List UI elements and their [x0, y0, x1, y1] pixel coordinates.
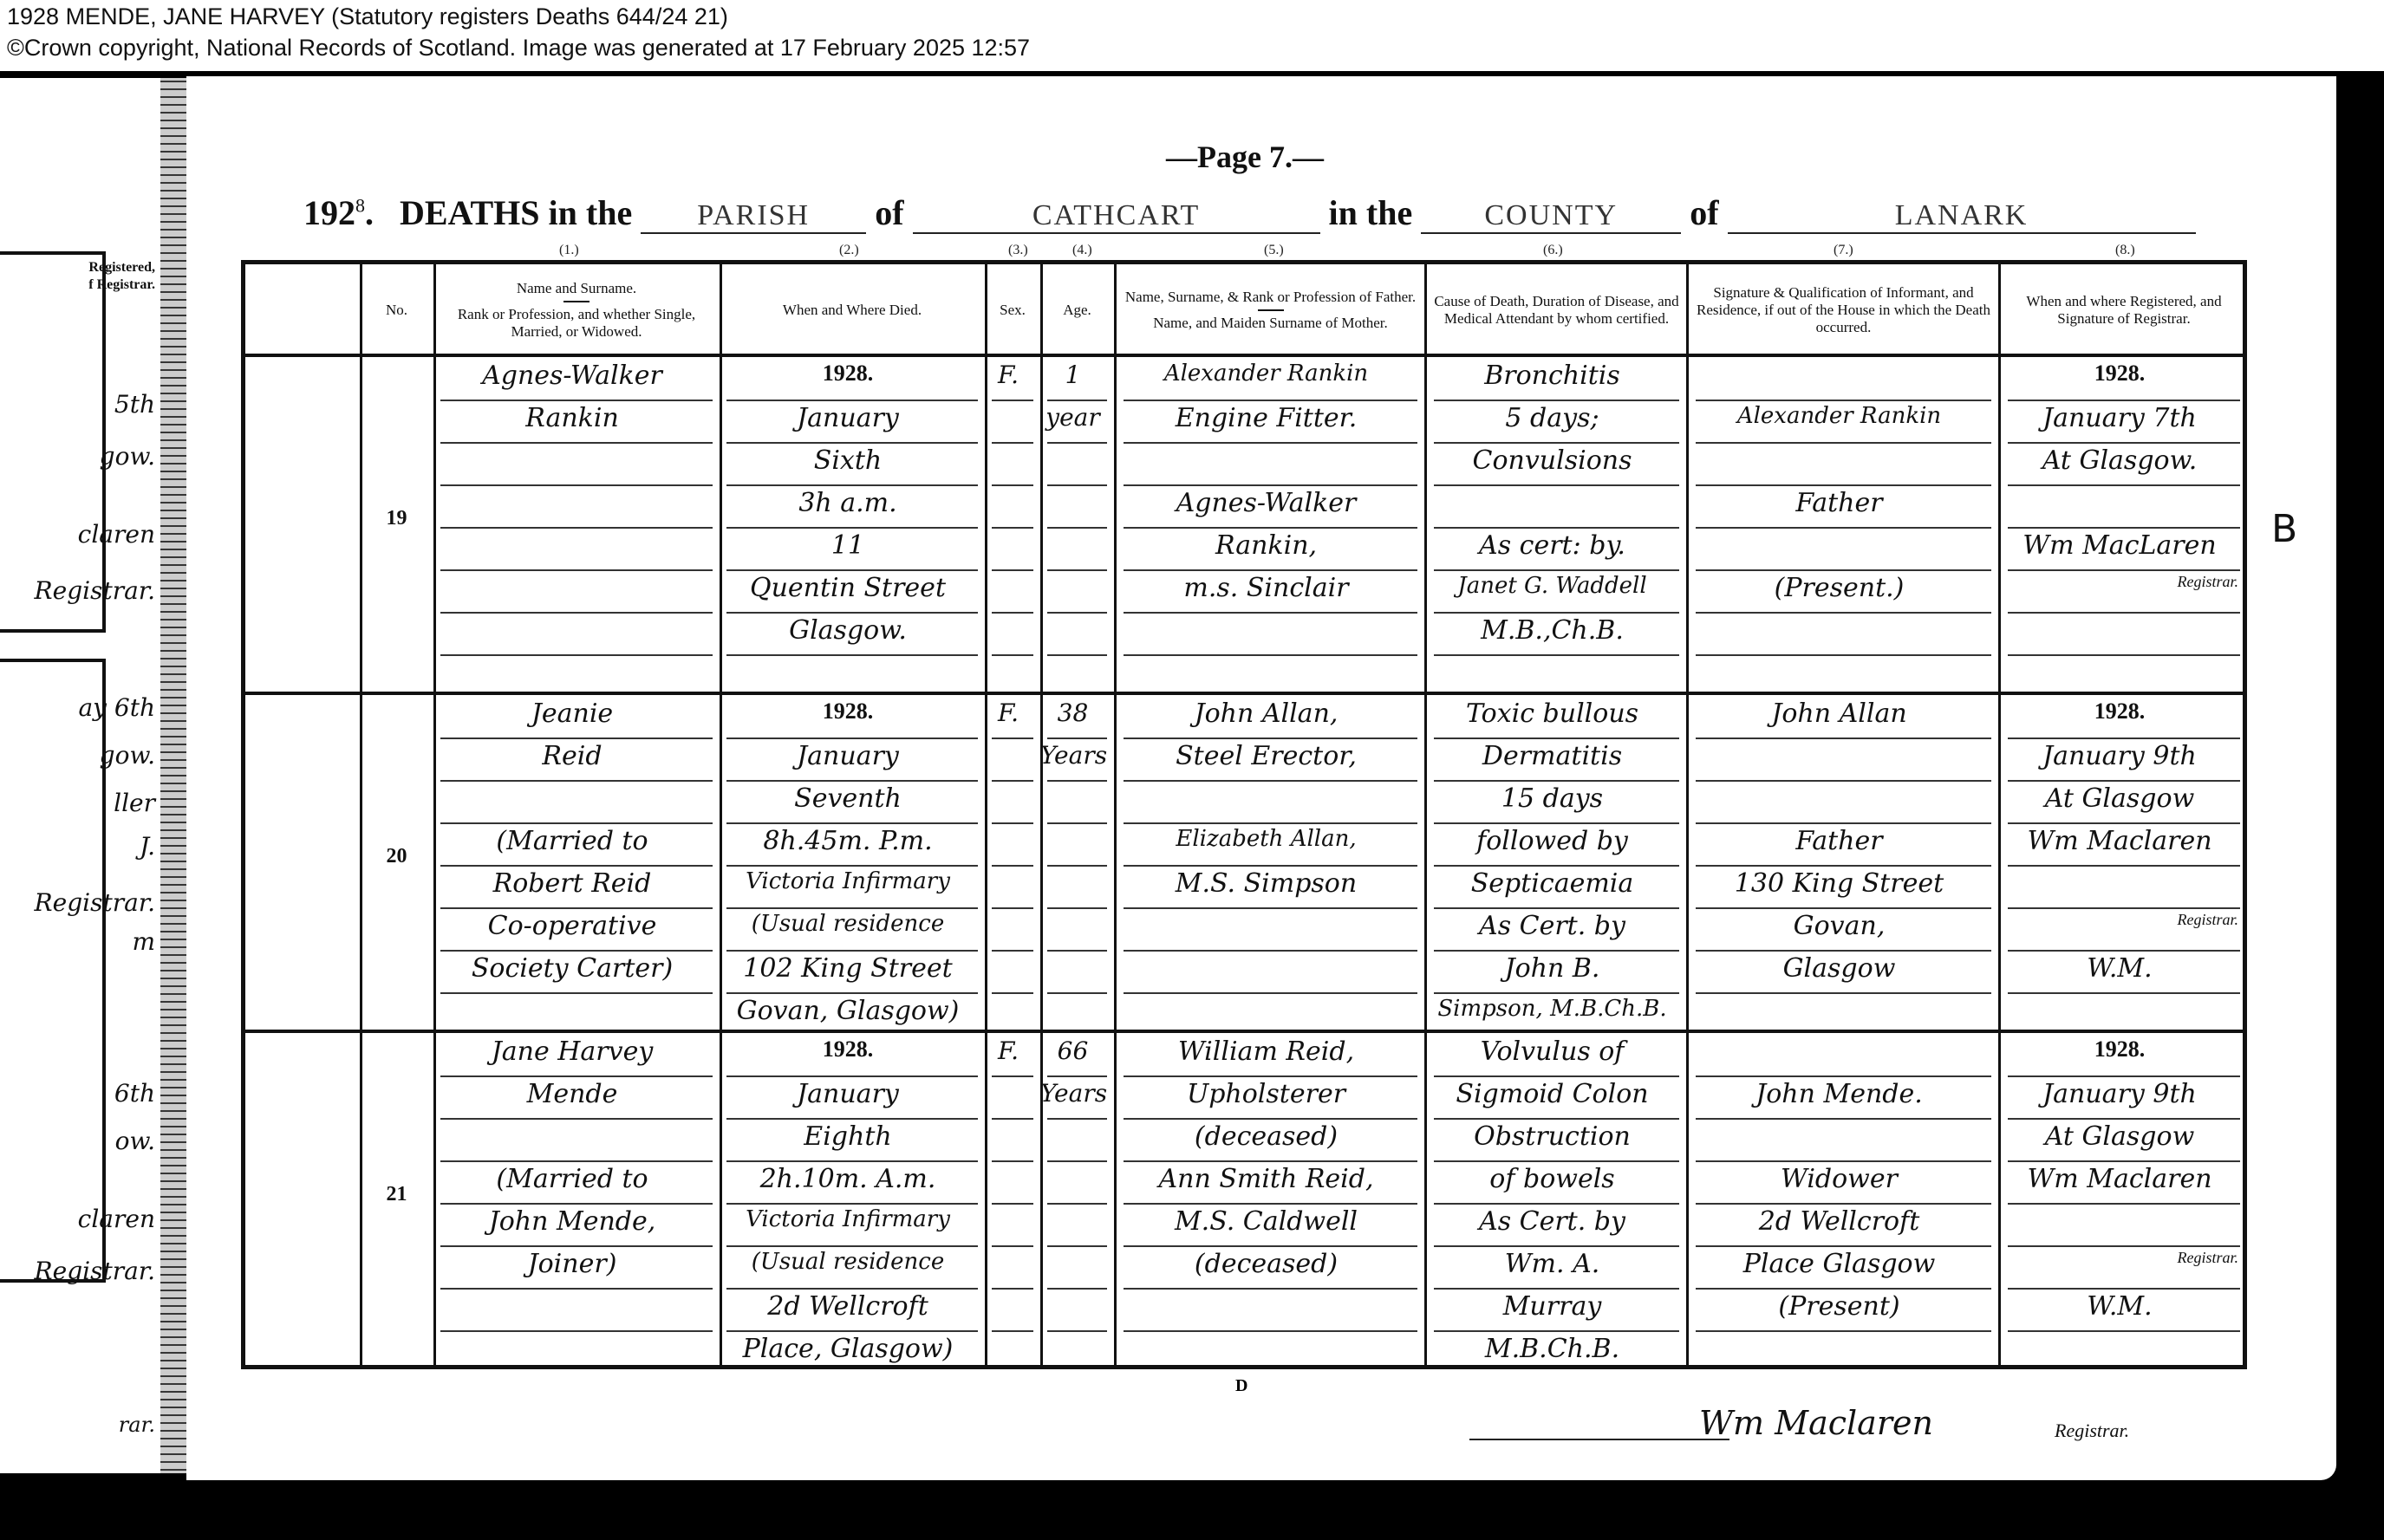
left-text: ay 6th [78, 693, 155, 722]
informant-line: Father [1689, 488, 1990, 518]
ruled-line [2008, 1118, 2240, 1120]
registered-line: At Glasgow [2001, 783, 2238, 814]
header-cause: Cause of Death, Duration of Disease, and… [1427, 270, 1686, 350]
ruled-line [2008, 569, 2240, 571]
ruled-line [726, 780, 978, 782]
ruled-line [440, 612, 713, 614]
informant-line: John Allan [1689, 699, 1990, 729]
ruled-line [1047, 738, 1107, 739]
ruled-line [1047, 865, 1107, 867]
ruled-line [1124, 738, 1417, 739]
ruled-line [1696, 527, 1991, 529]
registered-line: 1928. [2001, 1036, 2238, 1062]
left-registrar-label: Registrar. [35, 1257, 155, 1285]
ruled-line [1696, 484, 1991, 486]
age-line: 1 [1040, 361, 1105, 389]
left-text: claren [78, 1205, 155, 1233]
ruled-line [1124, 1118, 1417, 1120]
ruled-line [992, 822, 1033, 824]
ruled-line [726, 950, 978, 952]
ruled-line [992, 950, 1033, 952]
register-title: 1928. DEATHS in the PARISH of CATHCART i… [303, 192, 2196, 234]
year-suffix: 8 [355, 195, 365, 217]
ruled-line [1434, 865, 1679, 867]
ruled-line [726, 907, 978, 909]
left-text: gow. [100, 741, 155, 770]
registered-line: 1928. [2001, 361, 2238, 387]
ruled-line [1434, 738, 1679, 739]
ruled-line [1047, 1330, 1107, 1332]
left-text: ow. [115, 1127, 155, 1155]
ruled-line [1696, 1245, 1991, 1247]
died-line: January [720, 741, 976, 771]
ruled-line [726, 442, 978, 444]
parents-line: Agnes-Walker [1117, 488, 1416, 518]
registered-line: Registrar. [2001, 1249, 2238, 1267]
ruled-line [1696, 612, 1991, 614]
left-text: 6th [114, 1079, 155, 1108]
ruled-line [1434, 822, 1679, 824]
died-line: 2d Wellcroft [720, 1291, 976, 1322]
registered-line: January 9th [2001, 1079, 2238, 1109]
entry-number: 20 [360, 845, 433, 868]
ruled-line [440, 1288, 713, 1290]
died-line: 1928. [720, 1036, 976, 1062]
parents-line: Alexander Rankin [1117, 361, 1416, 387]
ruled-line [1434, 1330, 1679, 1332]
registered-line: Registrar. [2001, 911, 2238, 929]
informant-line: Glasgow [1689, 953, 1990, 984]
cause-line: 5 days; [1427, 403, 1677, 433]
parents-line: M.S. Simpson [1117, 868, 1416, 899]
ruled-line [440, 654, 713, 656]
footer-mark: D [1235, 1376, 1247, 1396]
registered-line: W.M. [2001, 953, 2238, 984]
died-line: Sixth [720, 445, 976, 476]
ruled-line [2008, 654, 2240, 656]
caption-bar: 1928 MENDE, JANE HARVEY (Statutory regis… [0, 0, 2384, 71]
margin-annotation: B [2271, 507, 2297, 551]
registrar-label: Registrar. [2055, 1420, 2129, 1442]
informant-line: John Mende. [1689, 1079, 1990, 1109]
ruled-line [1047, 400, 1107, 401]
ruled-line [2008, 1330, 2240, 1332]
column-number: (3.) [1008, 243, 1028, 258]
ruled-line [440, 1245, 713, 1247]
ruled-line [1124, 400, 1417, 401]
name-line: (Married to [433, 826, 711, 856]
ruled-line [2008, 1245, 2240, 1247]
cause-line: of bowels [1427, 1164, 1677, 1194]
ruled-line [1047, 654, 1107, 656]
ruled-line [992, 1118, 1033, 1120]
left-box-2 [0, 659, 106, 1283]
name-line: John Mende, [433, 1206, 711, 1237]
ruled-line [1124, 484, 1417, 486]
died-line: Govan, Glasgow) [720, 996, 976, 1026]
copyright-notice: ©Crown copyright, National Records of Sc… [7, 35, 1030, 62]
cause-line: As Cert. by [1427, 1206, 1677, 1237]
ruled-line [2008, 1075, 2240, 1077]
ruled-line [2008, 442, 2240, 444]
age-line: year [1040, 403, 1105, 432]
informant-line: Place Glasgow [1689, 1249, 1990, 1279]
age-line: Years [1040, 1079, 1105, 1108]
parents-line: M.S. Caldwell [1117, 1206, 1416, 1237]
informant-line: Father [1689, 826, 1990, 856]
column-number: (2.) [839, 243, 859, 258]
ruled-line [992, 907, 1033, 909]
ruled-line [1696, 822, 1991, 824]
name-line: Rankin [433, 403, 711, 433]
ruled-line [726, 992, 978, 994]
ruled-line [440, 442, 713, 444]
ruled-line [1434, 907, 1679, 909]
registered-line: 1928. [2001, 699, 2238, 725]
ruled-line [1434, 1203, 1679, 1205]
ruled-line [1124, 865, 1417, 867]
name-line: Jane Harvey [433, 1036, 711, 1067]
parents-line: (deceased) [1117, 1121, 1416, 1152]
cause-line: 15 days [1427, 783, 1677, 814]
ruled-line [992, 992, 1033, 994]
district-name: CATHCART [913, 199, 1320, 234]
cause-line: M.B.,Ch.B. [1427, 615, 1677, 646]
cause-line: Dermatitis [1427, 741, 1677, 771]
ruled-line [1434, 1245, 1679, 1247]
died-line: Victoria Infirmary [720, 868, 976, 894]
ruled-line [1434, 612, 1679, 614]
ruled-line [1047, 780, 1107, 782]
ruled-line [2008, 738, 2240, 739]
ruled-line [1047, 950, 1107, 952]
ruled-line [992, 738, 1033, 739]
ruled-line [2008, 992, 2240, 994]
ruled-line [1696, 865, 1991, 867]
died-line: Victoria Infirmary [720, 1206, 976, 1232]
cause-line: Simpson, M.B.Ch.B. [1427, 996, 1677, 1022]
ruled-line [1124, 1203, 1417, 1205]
registered-line: Wm Maclaren [2001, 1164, 2238, 1194]
died-line: Glasgow. [720, 615, 976, 646]
informant-line: 130 King Street [1689, 868, 1990, 899]
row-divider [241, 1030, 2247, 1033]
ruled-line [1696, 907, 1991, 909]
registered-line: Wm Maclaren [2001, 826, 2238, 856]
ruled-line [726, 1075, 978, 1077]
name-line: Society Carter) [433, 953, 711, 984]
ruled-line [2008, 400, 2240, 401]
cause-line: Septicaemia [1427, 868, 1677, 899]
ruled-line [1047, 612, 1107, 614]
ruled-line [1696, 738, 1991, 739]
ruled-line [992, 527, 1033, 529]
left-facing-page: Registered, f Registrar. 5th gow. claren… [0, 78, 160, 1473]
cause-line: followed by [1427, 826, 1677, 856]
column-number: (7.) [1834, 243, 1853, 258]
ruled-line [1434, 1075, 1679, 1077]
left-text: 5th [114, 390, 155, 419]
ruled-line [1696, 569, 1991, 571]
ruled-line [1047, 527, 1107, 529]
ruled-line [1434, 400, 1679, 401]
ruled-line [1047, 1203, 1107, 1205]
ruled-line [1434, 569, 1679, 571]
ruled-line [1696, 1330, 1991, 1332]
ruled-line [992, 780, 1033, 782]
left-text: J. [140, 832, 155, 861]
name-line: Mende [433, 1079, 711, 1109]
left-registrar-label: Registrar. [35, 576, 155, 605]
column-number: (4.) [1072, 243, 1092, 258]
ruled-line [440, 738, 713, 739]
column-number: (8.) [2115, 243, 2135, 258]
ruled-line [1434, 527, 1679, 529]
ruled-line [440, 822, 713, 824]
name-line: Robert Reid [433, 868, 711, 899]
row-divider [241, 692, 2247, 695]
informant-line: Govan, [1689, 911, 1990, 941]
left-text: m [132, 927, 155, 956]
ruled-line [440, 400, 713, 401]
header-when-where: When and Where Died. [720, 270, 985, 350]
ruled-line [1047, 569, 1107, 571]
left-header-line: f Registrar. [88, 277, 155, 293]
ruled-line [992, 1288, 1033, 1290]
died-line: 2h.10m. A.m. [720, 1164, 976, 1194]
ruled-line [726, 654, 978, 656]
cause-line: Convulsions [1427, 445, 1677, 476]
registrar-signature: Wm Maclaren [1699, 1404, 1933, 1442]
ruled-line [992, 484, 1033, 486]
died-line: (Usual residence [720, 1249, 976, 1275]
ruled-line [440, 907, 713, 909]
ruled-line [1124, 1245, 1417, 1247]
ruled-line [2008, 1288, 2240, 1290]
cause-line: Wm. A. [1427, 1249, 1677, 1279]
ruled-line [1696, 442, 1991, 444]
registered-line: Registrar. [2001, 573, 2238, 591]
ruled-line [1124, 1330, 1417, 1332]
cause-line: As cert: by. [1427, 530, 1677, 561]
informant-line: (Present) [1689, 1291, 1990, 1322]
left-footer-text: rar. [119, 1413, 155, 1437]
record-title: 1928 MENDE, JANE HARVEY (Statutory regis… [7, 3, 728, 30]
ruled-line [992, 1330, 1033, 1332]
ruled-line [1434, 950, 1679, 952]
signature-line [1469, 1439, 1729, 1440]
entry-number: 19 [360, 507, 433, 530]
ruled-line [726, 527, 978, 529]
ruled-line [1047, 907, 1107, 909]
ruled-line [1696, 950, 1991, 952]
ruled-line [1434, 1288, 1679, 1290]
ruled-line [992, 1245, 1033, 1247]
ruled-line [1124, 654, 1417, 656]
ruled-line [1434, 654, 1679, 656]
cause-line: Volvulus of [1427, 1036, 1677, 1067]
ruled-line [1696, 400, 1991, 401]
sex-line: F. [985, 699, 1032, 727]
ruled-line [726, 1160, 978, 1162]
ruled-line [726, 484, 978, 486]
ruled-line [2008, 865, 2240, 867]
ruled-line [2008, 612, 2240, 614]
age-line: Years [1040, 741, 1105, 770]
ruled-line [726, 400, 978, 401]
name-line: Agnes-Walker [433, 361, 711, 391]
ruled-line [1124, 992, 1417, 994]
district-type: PARISH [641, 199, 866, 234]
ruled-line [1124, 907, 1417, 909]
died-line: Seventh [720, 783, 976, 814]
died-line: 3h a.m. [720, 488, 976, 518]
name-line: (Married to [433, 1164, 711, 1194]
ruled-line [2008, 484, 2240, 486]
ruled-line [1047, 442, 1107, 444]
sex-line: F. [985, 361, 1032, 389]
died-line: (Usual residence [720, 911, 976, 937]
of-label: of [1690, 193, 1718, 232]
header-no: No. [360, 270, 433, 350]
deaths-heading: DEATHS in the [400, 193, 632, 232]
parents-line: Engine Fitter. [1117, 403, 1416, 433]
ruled-line [440, 484, 713, 486]
informant-line: Alexander Rankin [1689, 403, 1990, 429]
ruled-line [1696, 1288, 1991, 1290]
ruled-line [2008, 1160, 2240, 1162]
ruled-line [992, 442, 1033, 444]
header-parents: Name, Surname, & Rank or Profession of F… [1117, 270, 1424, 350]
died-line: January [720, 403, 976, 433]
ruled-line [1124, 1160, 1417, 1162]
cause-line: M.B.Ch.B. [1427, 1334, 1677, 1364]
died-line: 102 King Street [720, 953, 976, 984]
ruled-line [440, 950, 713, 952]
ruled-line [440, 569, 713, 571]
registered-line: At Glasgow [2001, 1121, 2238, 1152]
parents-line: (deceased) [1117, 1249, 1416, 1279]
died-line: Eighth [720, 1121, 976, 1152]
ruled-line [440, 1203, 713, 1205]
ruled-line [1047, 1245, 1107, 1247]
parents-line: William Reid, [1117, 1036, 1416, 1067]
header-age: Age. [1040, 270, 1114, 350]
ruled-line [2008, 1203, 2240, 1205]
left-text: ller [114, 789, 155, 817]
sex-line: F. [985, 1036, 1032, 1065]
ruled-line [992, 569, 1033, 571]
died-line: Place, Glasgow) [720, 1334, 976, 1364]
ruled-line [2008, 907, 2240, 909]
left-text: gow. [100, 442, 155, 471]
ruled-line [1124, 1288, 1417, 1290]
died-line: 8h.45m. P.m. [720, 826, 976, 856]
name-line: Reid [433, 741, 711, 771]
died-line: 1928. [720, 699, 976, 725]
registered-line: Wm MacLaren [2001, 530, 2238, 561]
ruled-line [1696, 1203, 1991, 1205]
ruled-line [2008, 950, 2240, 952]
header-registered: When and where Registered, and Signature… [2001, 270, 2247, 350]
cause-line: Janet G. Waddell [1427, 573, 1677, 599]
ruled-line [1434, 484, 1679, 486]
ruled-line [1696, 992, 1991, 994]
ruled-line [992, 400, 1033, 401]
age-line: 66 [1040, 1036, 1105, 1065]
of-label: of [875, 193, 903, 232]
header-name: Name and Surname.Rank or Profession, and… [433, 270, 720, 350]
column-number: (5.) [1264, 243, 1284, 258]
ruled-line [992, 1160, 1033, 1162]
registered-line: At Glasgow. [2001, 445, 2238, 476]
left-header-line: Registered, [88, 260, 155, 276]
ruled-line [1696, 1118, 1991, 1120]
parents-line: m.s. Sinclair [1117, 573, 1416, 603]
ruled-line [726, 1118, 978, 1120]
ruled-line [992, 654, 1033, 656]
left-box-1 [0, 251, 106, 633]
ruled-line [726, 738, 978, 739]
ruled-line [1047, 1160, 1107, 1162]
ruled-line [992, 865, 1033, 867]
parents-line: John Allan, [1117, 699, 1416, 729]
in-the-label: in the [1329, 193, 1413, 232]
ruled-line [992, 612, 1033, 614]
left-text: claren [78, 520, 155, 549]
registered-line: January 9th [2001, 741, 2238, 771]
header-divider [241, 354, 2247, 357]
ruled-line [726, 569, 978, 571]
ruled-line [1124, 569, 1417, 571]
parents-line: Steel Erector, [1117, 741, 1416, 771]
ruled-line [1696, 780, 1991, 782]
ruled-line [1047, 1075, 1107, 1077]
ruled-line [1124, 822, 1417, 824]
column-number: (6.) [1543, 243, 1563, 258]
ruled-line [1434, 1160, 1679, 1162]
ruled-line [1434, 1118, 1679, 1120]
column-divider [985, 260, 987, 1369]
ruled-line [1696, 1160, 1991, 1162]
county-type: COUNTY [1421, 199, 1681, 234]
ruled-line [1047, 1118, 1107, 1120]
died-line: Quentin Street [720, 573, 976, 603]
ruled-line [1124, 442, 1417, 444]
cause-line: Toxic bullous [1427, 699, 1677, 729]
died-line: 11 [720, 530, 976, 561]
informant-line: Widower [1689, 1164, 1990, 1194]
ruled-line [726, 1245, 978, 1247]
informant-line: (Present.) [1689, 573, 1990, 603]
ruled-line [992, 1075, 1033, 1077]
cause-line: Obstruction [1427, 1121, 1677, 1152]
ruled-line [440, 1118, 713, 1120]
cause-line: Sigmoid Colon [1427, 1079, 1677, 1109]
ruled-line [440, 527, 713, 529]
ruled-line [440, 1075, 713, 1077]
ruled-line [2008, 780, 2240, 782]
parents-line: Rankin, [1117, 530, 1416, 561]
ruled-line [1047, 484, 1107, 486]
died-line: 1928. [720, 361, 976, 387]
name-line: Jeanie [433, 699, 711, 729]
ruled-line [1434, 992, 1679, 994]
ruled-line [1696, 1075, 1991, 1077]
ruled-line [440, 992, 713, 994]
ruled-line [726, 612, 978, 614]
ruled-line [1124, 527, 1417, 529]
